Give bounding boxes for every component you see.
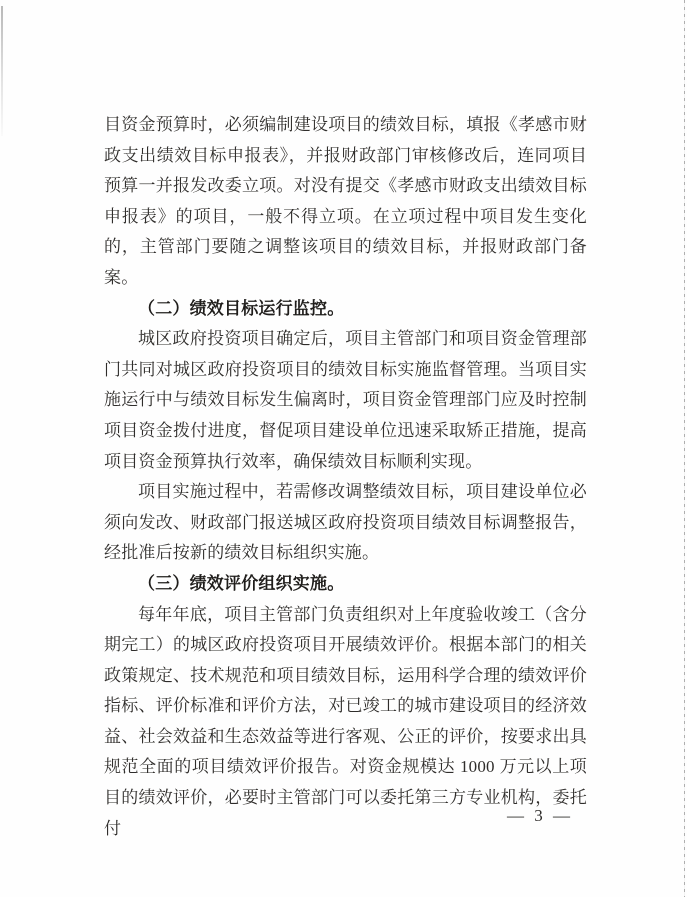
scanned-document-page: 目资金预算时，必须编制建设项目的绩效目标，填报《孝感市财政支出绩效目标申报表》，… xyxy=(0,0,687,897)
document-text-block: 目资金预算时，必须编制建设项目的绩效目标，填报《孝感市财政支出绩效目标申报表》，… xyxy=(104,110,587,844)
section-heading-3: （三）绩效评价组织实施。 xyxy=(104,569,587,600)
paragraph-adjustment: 项目实施过程中，若需修改调整绩效目标，项目建设单位必须向发改、财政部门报送城区政… xyxy=(104,477,587,569)
scan-edge-artifact-right xyxy=(684,0,685,897)
paragraph-continuation: 目资金预算时，必须编制建设项目的绩效目标，填报《孝感市财政支出绩效目标申报表》，… xyxy=(104,110,587,294)
paragraph-monitoring: 城区政府投资项目确定后，项目主管部门和项目资金管理部门共同对城区政府投资项目的绩… xyxy=(104,324,587,477)
section-heading-2: （二）绩效目标运行监控。 xyxy=(104,294,587,325)
page-number: — 3 — xyxy=(507,806,573,826)
scan-edge-artifact-left xyxy=(1,6,3,136)
